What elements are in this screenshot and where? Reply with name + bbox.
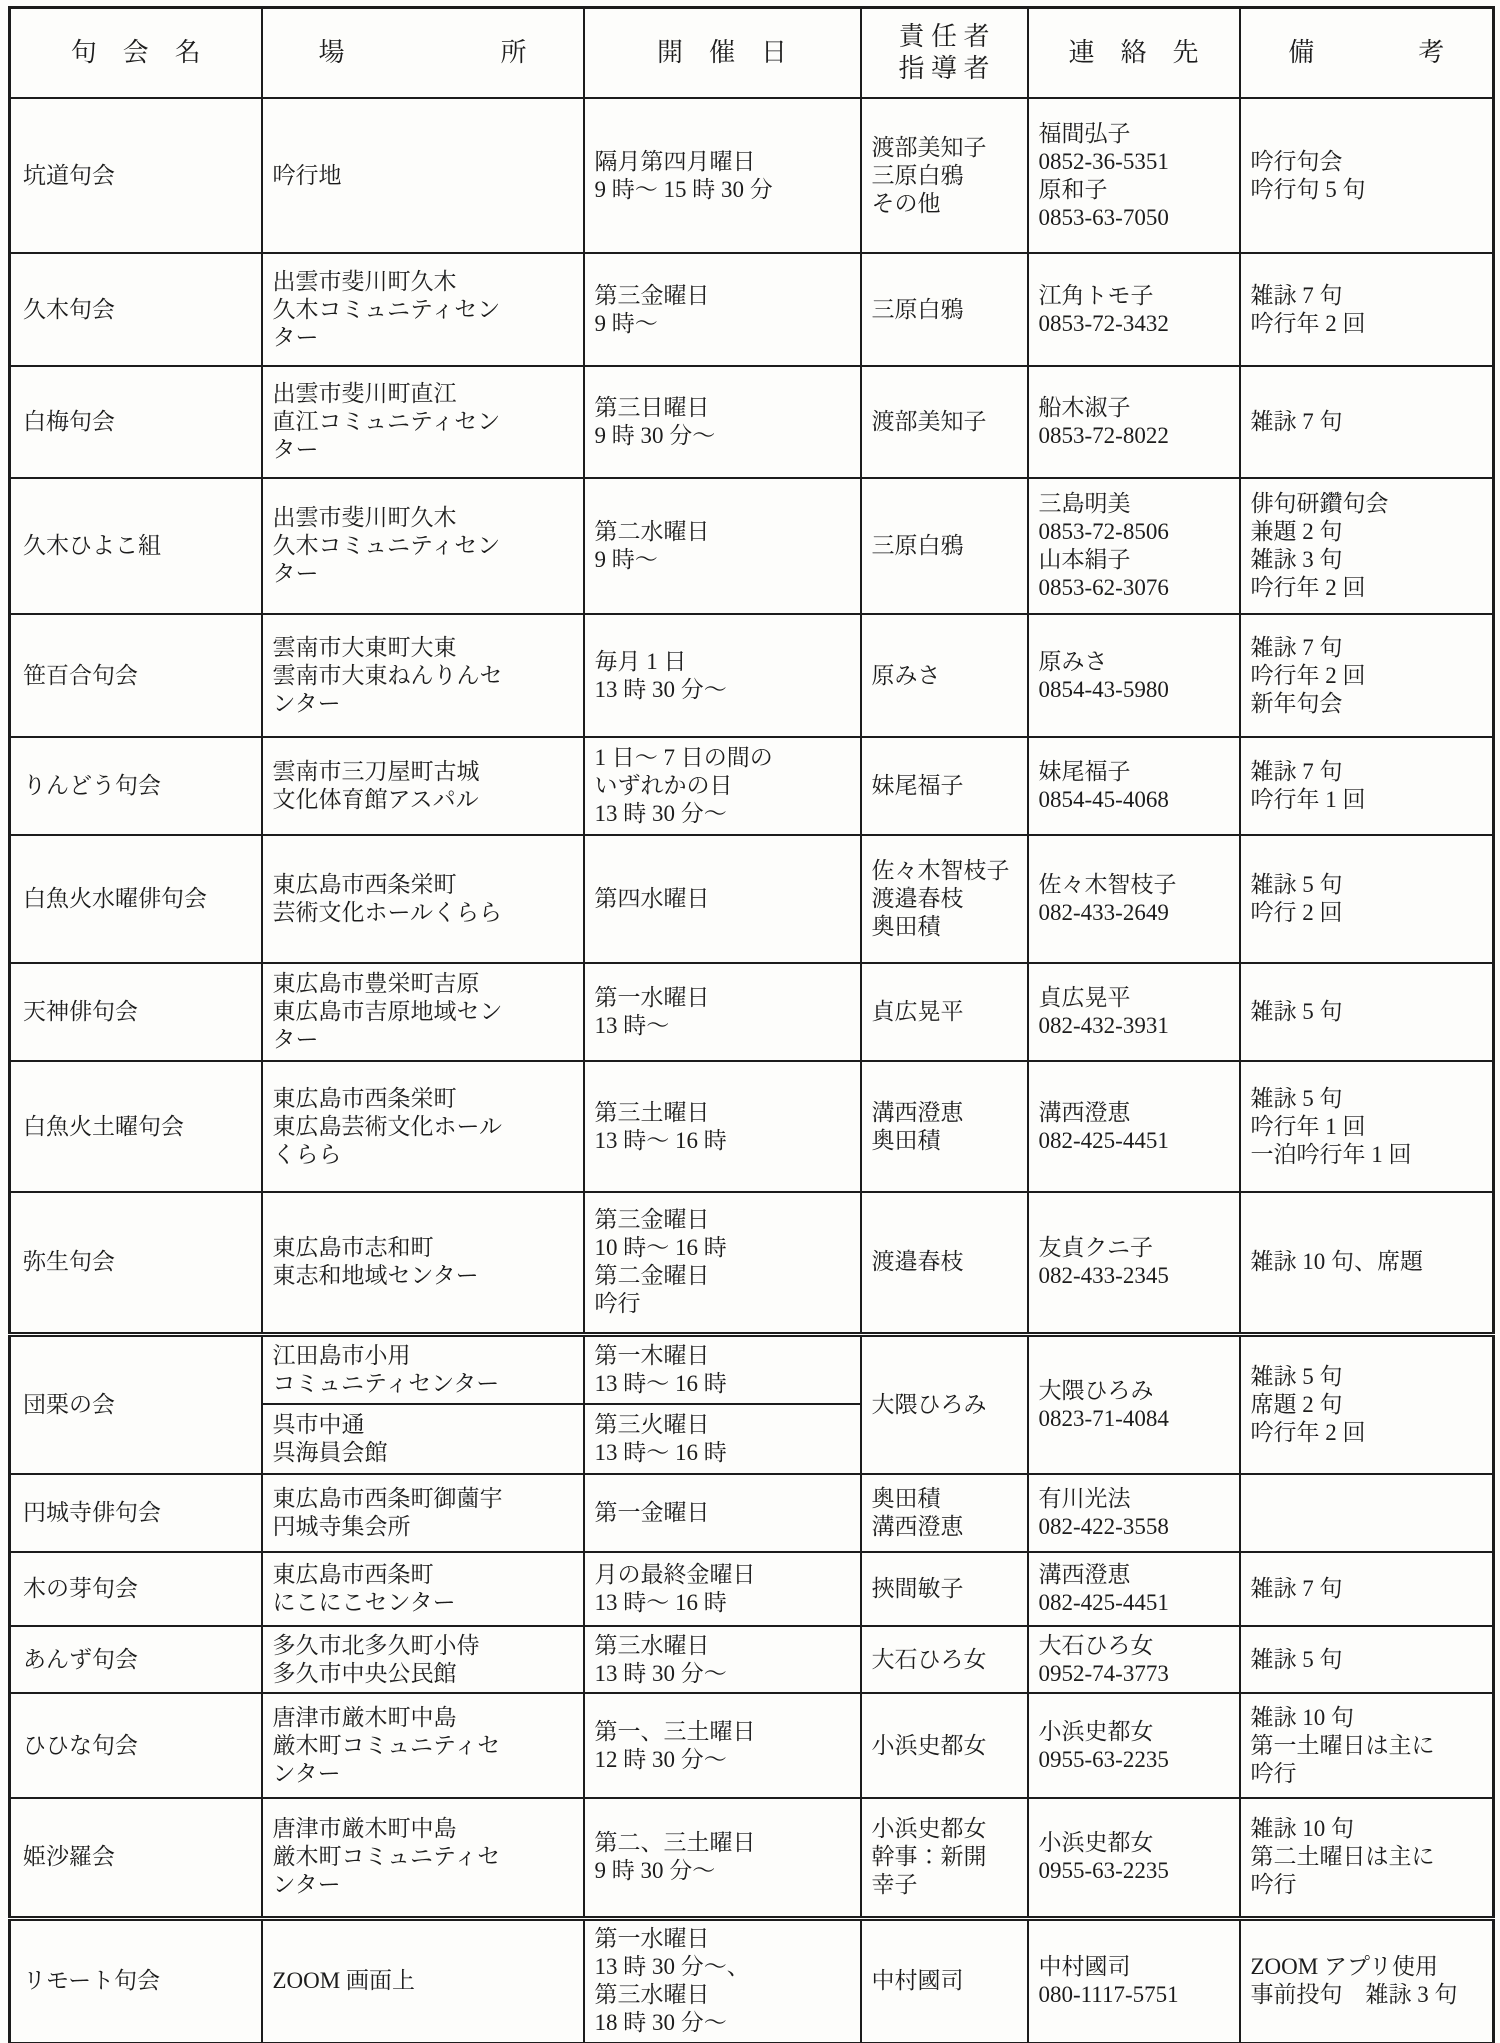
leader-cell: 中村國司 [861, 1918, 1028, 2043]
place-cell: 東広島市豊栄町吉原 東広島市吉原地域セン ター [262, 963, 584, 1061]
table-row: 天神俳句会東広島市豊栄町吉原 東広島市吉原地域セン ター第一水曜日 13 時～貞… [10, 963, 1494, 1061]
contact-cell: 溝西澄恵 082-425-4451 [1028, 1061, 1240, 1192]
schedule-cell: 第三水曜日 13 時 30 分～ [584, 1626, 861, 1693]
contact-cell: 大隈ひろみ 0823-71-4084 [1028, 1334, 1240, 1474]
notes-cell: 雑詠 5 句 吟行 2 回 [1240, 835, 1494, 963]
notes-cell [1240, 1474, 1494, 1552]
table-row: 白梅句会出雲市斐川町直江 直江コミュニティセン ター第三日曜日 9 時 30 分… [10, 366, 1494, 478]
place-cell: 出雲市斐川町久木 久木コミュニティセン ター [262, 478, 584, 614]
notes-cell: 雑詠 5 句 [1240, 1626, 1494, 1693]
schedule-cell: 第一金曜日 [584, 1474, 861, 1552]
leader-cell: 溝西澄恵 奥田積 [861, 1061, 1028, 1192]
contact-cell: 溝西澄恵 082-425-4451 [1028, 1552, 1240, 1626]
schedule-cell: 第四水曜日 [584, 835, 861, 963]
place-cell: 多久市北多久町小侍 多久市中央公民館 [262, 1626, 584, 1693]
place-cell: 江田島市小用 コミュニティセンター [262, 1334, 584, 1404]
contact-cell: 原みさ 0854-43-5980 [1028, 614, 1240, 737]
leader-cell: 挾間敏子 [861, 1552, 1028, 1626]
club-name-cell: 姫沙羅会 [10, 1798, 262, 1918]
contact-cell: 船木淑子 0853-72-8022 [1028, 366, 1240, 478]
club-name-cell: 団栗の会 [10, 1334, 262, 1474]
place-cell: 東広島市西条栄町 芸術文化ホールくらら [262, 835, 584, 963]
club-name-cell: 白魚火土曜句会 [10, 1061, 262, 1192]
notes-cell: 雑詠 10 句、席題 [1240, 1192, 1494, 1334]
table-row: 坑道句会吟行地隔月第四月曜日 9 時～ 15 時 30 分渡部美知子 三原白鴉 … [10, 98, 1494, 253]
schedule-cell: 第三金曜日 10 時～ 16 時 第二金曜日 吟行 [584, 1192, 861, 1334]
leader-cell: 渡部美知子 [861, 366, 1028, 478]
notes-cell: 雑詠 5 句 席題 2 句 吟行年 2 回 [1240, 1334, 1494, 1474]
club-name-cell: あんず句会 [10, 1626, 262, 1693]
schedule-cell: 毎月 1 日 13 時 30 分～ [584, 614, 861, 737]
table-row: あんず句会多久市北多久町小侍 多久市中央公民館第三水曜日 13 時 30 分～大… [10, 1626, 1494, 1693]
place-cell: 吟行地 [262, 98, 584, 253]
leader-cell: 佐々木智枝子 渡邉春枝 奥田積 [861, 835, 1028, 963]
leader-cell: 三原白鴉 [861, 478, 1028, 614]
schedule-cell: 第三日曜日 9 時 30 分～ [584, 366, 861, 478]
contact-cell: 江角トモ子 0853-72-3432 [1028, 253, 1240, 366]
table-row: 白魚火水曜俳句会東広島市西条栄町 芸術文化ホールくらら第四水曜日佐々木智枝子 渡… [10, 835, 1494, 963]
club-name-cell: 坑道句会 [10, 98, 262, 253]
notes-cell: 俳句研鑽句会 兼題 2 句 雑詠 3 句 吟行年 2 回 [1240, 478, 1494, 614]
schedule-cell: 1 日～ 7 日の間の いずれかの日 13 時 30 分～ [584, 737, 861, 835]
kukai-table: 句 会 名 場 所 開 催 日 責 任 者 指 導 者 連 絡 先 備 考 坑道… [8, 6, 1495, 2043]
club-name-cell: 木の芽句会 [10, 1552, 262, 1626]
notes-cell: 雑詠 7 句 [1240, 1552, 1494, 1626]
leader-cell: 奥田積 溝西澄恵 [861, 1474, 1028, 1552]
table-row: 久木句会出雲市斐川町久木 久木コミュニティセン ター第三金曜日 9 時～三原白鴉… [10, 253, 1494, 366]
schedule-cell: 第三火曜日 13 時～ 16 時 [584, 1404, 861, 1474]
table-row: リモート句会ZOOM 画面上第一水曜日 13 時 30 分～、 第三水曜日 18… [10, 1918, 1494, 2043]
schedule-cell: 月の最終金曜日 13 時～ 16 時 [584, 1552, 861, 1626]
contact-cell: 小浜史都女 0955-63-2235 [1028, 1693, 1240, 1798]
header-leader: 責 任 者 指 導 者 [861, 8, 1028, 99]
header-place: 場 所 [262, 8, 584, 99]
table-row: 木の芽句会東広島市西条町 にこにこセンター月の最終金曜日 13 時～ 16 時挾… [10, 1552, 1494, 1626]
table-row: 姫沙羅会唐津市厳木町中島 厳木町コミュニティセ ンター第二、三土曜日 9 時 3… [10, 1798, 1494, 1918]
club-name-cell: 弥生句会 [10, 1192, 262, 1334]
place-cell: 東広島市西条町御薗宇 円城寺集会所 [262, 1474, 584, 1552]
table-row: 弥生句会東広島市志和町 東志和地域センター第三金曜日 10 時～ 16 時 第二… [10, 1192, 1494, 1334]
contact-cell: 小浜史都女 0955-63-2235 [1028, 1798, 1240, 1918]
schedule-cell: 第一木曜日 13 時～ 16 時 [584, 1334, 861, 1404]
leader-cell: 妹尾福子 [861, 737, 1028, 835]
club-table-body: 坑道句会吟行地隔月第四月曜日 9 時～ 15 時 30 分渡部美知子 三原白鴉 … [10, 98, 1494, 2043]
leader-cell: 渡邉春枝 [861, 1192, 1028, 1334]
leader-cell: 渡部美知子 三原白鴉 その他 [861, 98, 1028, 253]
contact-cell: 有川光法 082-422-3558 [1028, 1474, 1240, 1552]
contact-cell: 妹尾福子 0854-45-4068 [1028, 737, 1240, 835]
contact-cell: 大石ひろ女 0952-74-3773 [1028, 1626, 1240, 1693]
schedule-cell: 第三土曜日 13 時～ 16 時 [584, 1061, 861, 1192]
scanned-document-page: 句 会 名 場 所 開 催 日 責 任 者 指 導 者 連 絡 先 備 考 坑道… [0, 0, 1500, 2043]
table-row: ひひな句会唐津市厳木町中島 厳木町コミュニティセ ンター第一、三土曜日 12 時… [10, 1693, 1494, 1798]
notes-cell: 雑詠 7 句 [1240, 366, 1494, 478]
contact-cell: 友貞クニ子 082-433-2345 [1028, 1192, 1240, 1334]
header-club-name: 句 会 名 [10, 8, 262, 99]
schedule-cell: 第二水曜日 9 時～ [584, 478, 861, 614]
schedule-cell: 第二、三土曜日 9 時 30 分～ [584, 1798, 861, 1918]
club-name-cell: 笹百合句会 [10, 614, 262, 737]
table-row: 久木ひよこ組出雲市斐川町久木 久木コミュニティセン ター第二水曜日 9 時～三原… [10, 478, 1494, 614]
place-cell: 唐津市厳木町中島 厳木町コミュニティセ ンター [262, 1693, 584, 1798]
contact-cell: 三島明美 0853-72-8506 山本絹子 0853-62-3076 [1028, 478, 1240, 614]
header-contact: 連 絡 先 [1028, 8, 1240, 99]
schedule-cell: 第一、三土曜日 12 時 30 分～ [584, 1693, 861, 1798]
club-name-cell: リモート句会 [10, 1918, 262, 2043]
table-row: りんどう句会雲南市三刀屋町古城 文化体育館アスパル1 日～ 7 日の間の いずれ… [10, 737, 1494, 835]
notes-cell: 雑詠 7 句 吟行年 2 回 [1240, 253, 1494, 366]
place-cell: 唐津市厳木町中島 厳木町コミュニティセ ンター [262, 1798, 584, 1918]
header-date: 開 催 日 [584, 8, 861, 99]
table-row: 円城寺俳句会東広島市西条町御薗宇 円城寺集会所第一金曜日奥田積 溝西澄恵有川光法… [10, 1474, 1494, 1552]
schedule-cell: 第一水曜日 13 時 30 分～、 第三水曜日 18 時 30 分～ [584, 1918, 861, 2043]
leader-cell: 貞広晃平 [861, 963, 1028, 1061]
place-cell: 雲南市三刀屋町古城 文化体育館アスパル [262, 737, 584, 835]
leader-cell: 大石ひろ女 [861, 1626, 1028, 1693]
notes-cell: 吟行句会 吟行句 5 句 [1240, 98, 1494, 253]
place-cell: 出雲市斐川町直江 直江コミュニティセン ター [262, 366, 584, 478]
place-cell: 呉市中通 呉海員会館 [262, 1404, 584, 1474]
schedule-cell: 第三金曜日 9 時～ [584, 253, 861, 366]
schedule-cell: 第一水曜日 13 時～ [584, 963, 861, 1061]
contact-cell: 中村國司 080-1117-5751 [1028, 1918, 1240, 2043]
leader-cell: 小浜史都女 [861, 1693, 1028, 1798]
table-row: 団栗の会江田島市小用 コミュニティセンター第一木曜日 13 時～ 16 時大隈ひ… [10, 1334, 1494, 1404]
place-cell: 東広島市志和町 東志和地域センター [262, 1192, 584, 1334]
club-name-cell: 久木句会 [10, 253, 262, 366]
schedule-cell: 隔月第四月曜日 9 時～ 15 時 30 分 [584, 98, 861, 253]
table-row: 笹百合句会雲南市大東町大東 雲南市大東ねんりんセ ンター毎月 1 日 13 時 … [10, 614, 1494, 737]
club-name-cell: 円城寺俳句会 [10, 1474, 262, 1552]
contact-cell: 貞広晃平 082-432-3931 [1028, 963, 1240, 1061]
notes-cell: 雑詠 10 句 第一土曜日は主に 吟行 [1240, 1693, 1494, 1798]
notes-cell: 雑詠 5 句 [1240, 963, 1494, 1061]
contact-cell: 佐々木智枝子 082-433-2649 [1028, 835, 1240, 963]
header-notes: 備 考 [1240, 8, 1494, 99]
leader-cell: 大隈ひろみ [861, 1334, 1028, 1474]
place-cell: ZOOM 画面上 [262, 1918, 584, 2043]
leader-cell: 小浜史都女 幹事：新開 幸子 [861, 1798, 1028, 1918]
notes-cell: 雑詠 10 句 第二土曜日は主に 吟行 [1240, 1798, 1494, 1918]
leader-cell: 原みさ [861, 614, 1028, 737]
place-cell: 東広島市西条町 にこにこセンター [262, 1552, 584, 1626]
club-name-cell: 天神俳句会 [10, 963, 262, 1061]
place-cell: 雲南市大東町大東 雲南市大東ねんりんセ ンター [262, 614, 584, 737]
notes-cell: 雑詠 7 句 吟行年 1 回 [1240, 737, 1494, 835]
club-name-cell: 白梅句会 [10, 366, 262, 478]
contact-cell: 福間弘子 0852-36-5351 原和子 0853-63-7050 [1028, 98, 1240, 253]
table-row: 白魚火土曜句会東広島市西条栄町 東広島芸術文化ホール くらら第三土曜日 13 時… [10, 1061, 1494, 1192]
leader-cell: 三原白鴉 [861, 253, 1028, 366]
notes-cell: 雑詠 7 句 吟行年 2 回 新年句会 [1240, 614, 1494, 737]
club-name-cell: 久木ひよこ組 [10, 478, 262, 614]
club-name-cell: 白魚火水曜俳句会 [10, 835, 262, 963]
place-cell: 出雲市斐川町久木 久木コミュニティセン ター [262, 253, 584, 366]
club-name-cell: ひひな句会 [10, 1693, 262, 1798]
notes-cell: ZOOM アプリ使用 事前投句 雑詠 3 句 [1240, 1918, 1494, 2043]
club-name-cell: りんどう句会 [10, 737, 262, 835]
table-header-row: 句 会 名 場 所 開 催 日 責 任 者 指 導 者 連 絡 先 備 考 [10, 8, 1494, 99]
place-cell: 東広島市西条栄町 東広島芸術文化ホール くらら [262, 1061, 584, 1192]
notes-cell: 雑詠 5 句 吟行年 1 回 一泊吟行年 1 回 [1240, 1061, 1494, 1192]
